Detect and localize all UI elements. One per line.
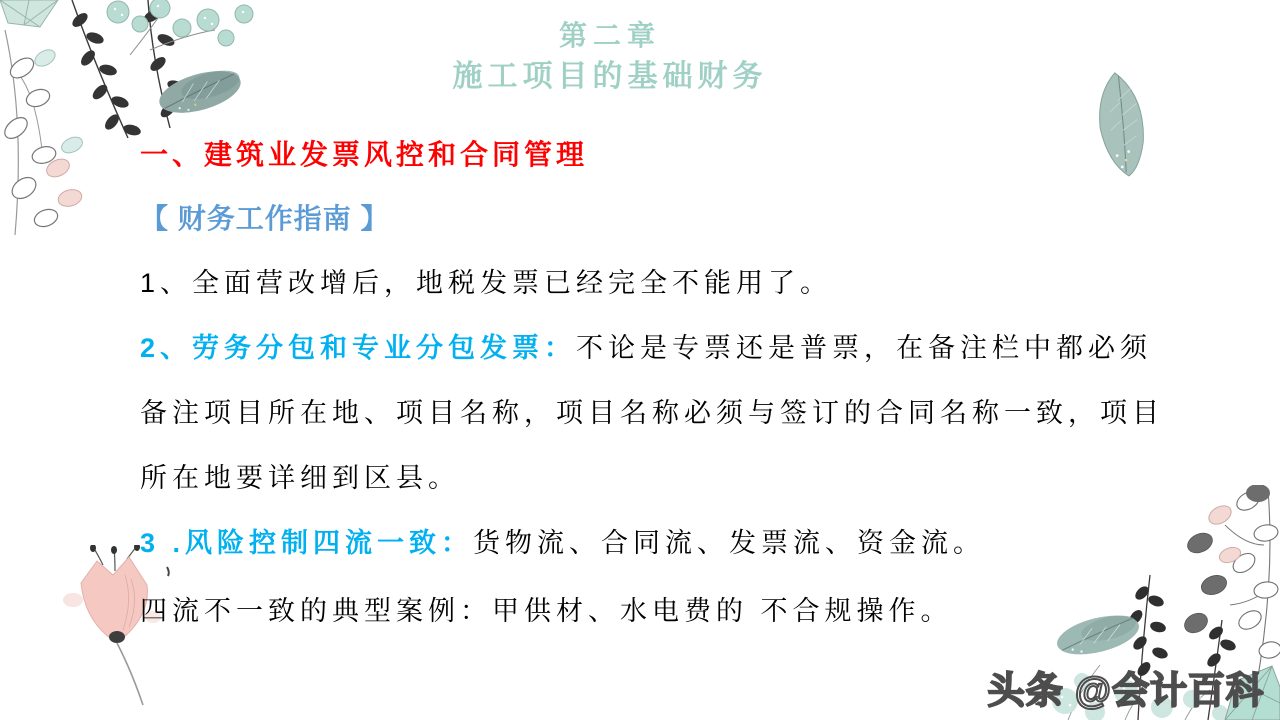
presentation-slide: 第二章 施工项目的基础财务 一、建筑业发票风控和合同管理 【 财务工作指南 】 … <box>0 0 1280 720</box>
slide-title: 第二章 施工项目的基础财务 <box>0 22 1220 92</box>
body-line-5-text: 货物流、合同流、发票流、资金流。 <box>473 528 985 558</box>
body-line-5-label: 3 .风险控制四流一致： <box>140 528 473 558</box>
body-line-2-text: 不论是专票还是普票，在备注栏中都必须 <box>576 333 1152 363</box>
body-line-6: 四流不一致的典型案例：甲供材、水电费的 不合规操作。 <box>140 589 953 628</box>
body-line-2-label: 2、劳务分包和专业分包发票： <box>140 333 576 363</box>
body-line-5: 3 .风险控制四流一致：货物流、合同流、发票流、资金流。 <box>140 521 985 560</box>
body-line-3: 备注项目所在地、项目名称，项目名称必须与签订的合同名称一致，项目 <box>140 391 1164 430</box>
section-heading: 一、建筑业发票风控和合同管理 <box>140 133 588 173</box>
chapter-number: 第二章 <box>0 22 1220 50</box>
watermark-toutiao-account: 头条 @会计百科 <box>988 660 1264 714</box>
chapter-name: 施工项目的基础财务 <box>0 62 1220 92</box>
body-line-4: 所在地要详细到区县。 <box>140 456 460 495</box>
body-line-2: 2、劳务分包和专业分包发票：不论是专票还是普票，在备注栏中都必须 <box>140 326 1152 365</box>
body-line-1: 1、全面营改增后，地税发票已经完全不能用了。 <box>140 261 832 300</box>
subsection-heading: 【 财务工作指南 】 <box>140 197 390 237</box>
